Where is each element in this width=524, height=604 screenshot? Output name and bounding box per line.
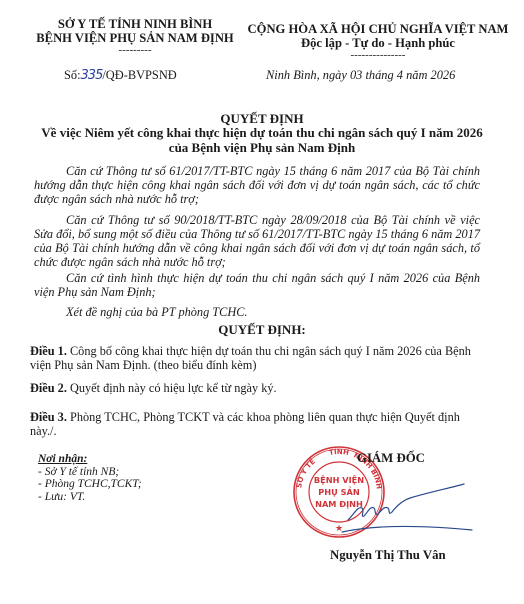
article-label: Điều 3.	[30, 410, 67, 424]
preamble-paragraph: Xét đề nghị của bà PT phòng TCHC.	[34, 305, 480, 319]
issue-date: Ninh Bình, ngày 03 tháng 4 năm 2026	[266, 68, 455, 83]
national-separator: ---------------	[240, 50, 516, 60]
doc-number-handwritten: 335	[81, 68, 103, 83]
article-text: Quyết định này có hiệu lực kể từ ngày ký…	[67, 381, 277, 395]
authority-separator: ---------	[30, 45, 240, 55]
issuing-authority: SỞ Y TẾ TỈNH NINH BÌNH BỆNH VIỆN PHỤ SẢN…	[30, 17, 240, 55]
preamble-paragraph: Căn cứ Thông tư số 90/2018/TT-BTC ngày 2…	[34, 213, 480, 269]
preamble-text: Căn cứ Thông tư số 61/2017/TT-BTC ngày 1…	[34, 164, 480, 206]
article-text: Công bố công khai thực hiện dự toán thu …	[30, 344, 471, 372]
article-text: Phòng TCHC, Phòng TCKT và các khoa phòng…	[30, 410, 460, 438]
preamble-paragraph: Căn cứ Thông tư số 61/2017/TT-BTC ngày 1…	[34, 164, 480, 206]
article-1: Điều 1. Công bố công khai thực hiện dự t…	[30, 344, 480, 372]
document-number: Số:335/QĐ-BVPSNĐ	[64, 68, 177, 83]
doc-number-suffix: /QĐ-BVPSNĐ	[102, 68, 176, 82]
recipient-item: - Sở Y tế tỉnh NB;	[38, 466, 142, 479]
decision-heading: QUYẾT ĐỊNH:	[0, 322, 524, 338]
recipients-heading: Nơi nhận:	[38, 453, 142, 466]
authority-line-2: BỆNH VIỆN PHỤ SẢN NAM ĐỊNH	[30, 31, 240, 45]
article-label: Điều 1.	[30, 344, 67, 358]
preamble-text: Căn cứ tình hình thực hiện dự toán thu c…	[34, 271, 480, 299]
authority-line-1: SỞ Y TẾ TỈNH NINH BÌNH	[30, 17, 240, 31]
preamble-paragraph: Căn cứ tình hình thực hiện dự toán thu c…	[34, 271, 480, 299]
article-2: Điều 2. Quyết định này có hiệu lực kể từ…	[30, 381, 480, 395]
signatory-name: Nguyễn Thị Thu Vân	[330, 548, 446, 563]
doc-number-prefix: Số:	[64, 68, 81, 82]
recipient-item: - Phòng TCHC,TCKT;	[38, 478, 142, 491]
decision-subject: Về việc Niêm yết công khai thực hiện dự …	[30, 125, 494, 155]
national-title-line-1: CỘNG HÒA XÃ HỘI CHỦ NGHĨA VIỆT NAM	[240, 22, 516, 36]
national-motto: Độc lập - Tự do - Hạnh phúc	[240, 36, 516, 50]
recipient-item: - Lưu: VT.	[38, 491, 142, 504]
signature-icon	[340, 478, 480, 538]
preamble-text: Xét đề nghị của bà PT phòng TCHC.	[66, 305, 248, 319]
preamble-text: Căn cứ Thông tư số 90/2018/TT-BTC ngày 2…	[34, 213, 480, 269]
signatory-position: GIÁM ĐỐC	[357, 451, 425, 466]
recipients-block: Nơi nhận: - Sở Y tế tỉnh NB; - Phòng TCH…	[38, 453, 142, 503]
national-title: CỘNG HÒA XÃ HỘI CHỦ NGHĨA VIỆT NAM Độc l…	[240, 22, 516, 60]
article-3: Điều 3. Phòng TCHC, Phòng TCKT và các kh…	[30, 410, 480, 438]
article-label: Điều 2.	[30, 381, 67, 395]
